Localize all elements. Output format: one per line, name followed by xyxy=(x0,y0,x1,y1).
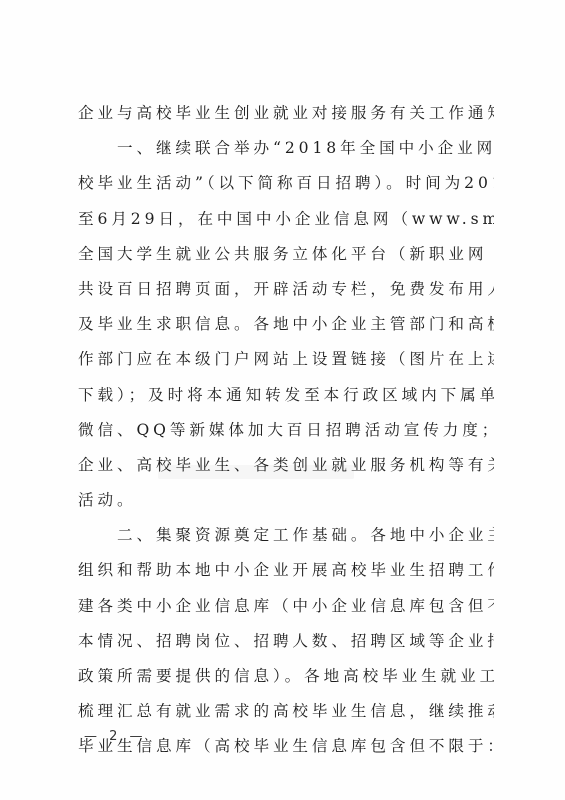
text-line: 及毕业生求职信息。各地中小企业主管部门和高校毕业生就业工 xyxy=(78,307,494,342)
text-line: 梳理汇总有就业需求的高校毕业生信息，继续推动创建各类高校 xyxy=(78,694,494,729)
text-line: 微信、QQ等新媒体加大百日招聘活动宣传力度；积极组织中小 xyxy=(78,413,494,448)
text-line: 下载）；及时将本通知转发至本行政区域内下属单位；利用微博、 xyxy=(78,378,494,413)
text-line: 本情况、招聘岗位、招聘人数、招聘区域等企业招聘和享受优惠 xyxy=(78,624,494,659)
document-page: 企业与高校毕业生创业就业对接服务有关工作通知如下： 一、继续联合举办“2018年… xyxy=(0,0,565,800)
text-line: 全国大学生就业公共服务立体化平台（新职业网 www.ncss.cn） xyxy=(78,237,494,272)
page-number: — 2 — xyxy=(84,729,147,744)
text-line: 政策所需要提供的信息）。各地高校毕业生就业工作部门要认真 xyxy=(78,659,494,694)
document-body: 企业与高校毕业生创业就业对接服务有关工作通知如下： 一、继续联合举办“2018年… xyxy=(78,96,494,765)
text-line: 组织和帮助本地中小企业开展高校毕业生招聘工作，继续推动创 xyxy=(78,553,494,588)
text-line: 活动。 xyxy=(78,483,494,518)
text-line: 企业、高校毕业生、各类创业就业服务机构等有关单位参加招聘 xyxy=(78,448,494,483)
text-line-section-heading-2: 二、集聚资源奠定工作基础。各地中小企业主管部门要认真 xyxy=(78,518,494,553)
text-line: 校毕业生活动”（以下简称百日招聘）。时间为2018年3月22日 xyxy=(78,166,494,201)
text-line: 共设百日招聘页面，开辟活动专栏，免费发布用人单位招聘信息 xyxy=(78,272,494,307)
text-line-section-heading-1: 一、继续联合举办“2018年全国中小企业网上百日招聘高 xyxy=(78,131,494,166)
text-line: 建各类中小企业信息库（中小企业信息库包含但不限于：企业基 xyxy=(78,589,494,624)
text-line: 作部门应在本级门户网站上设置链接（图片在上述网站活动专栏 xyxy=(78,342,494,377)
text-line: 企业与高校毕业生创业就业对接服务有关工作通知如下： xyxy=(78,96,494,131)
text-line: 至6月29日，在中国中小企业信息网（www.sme.gov.cn）和 xyxy=(78,202,494,237)
